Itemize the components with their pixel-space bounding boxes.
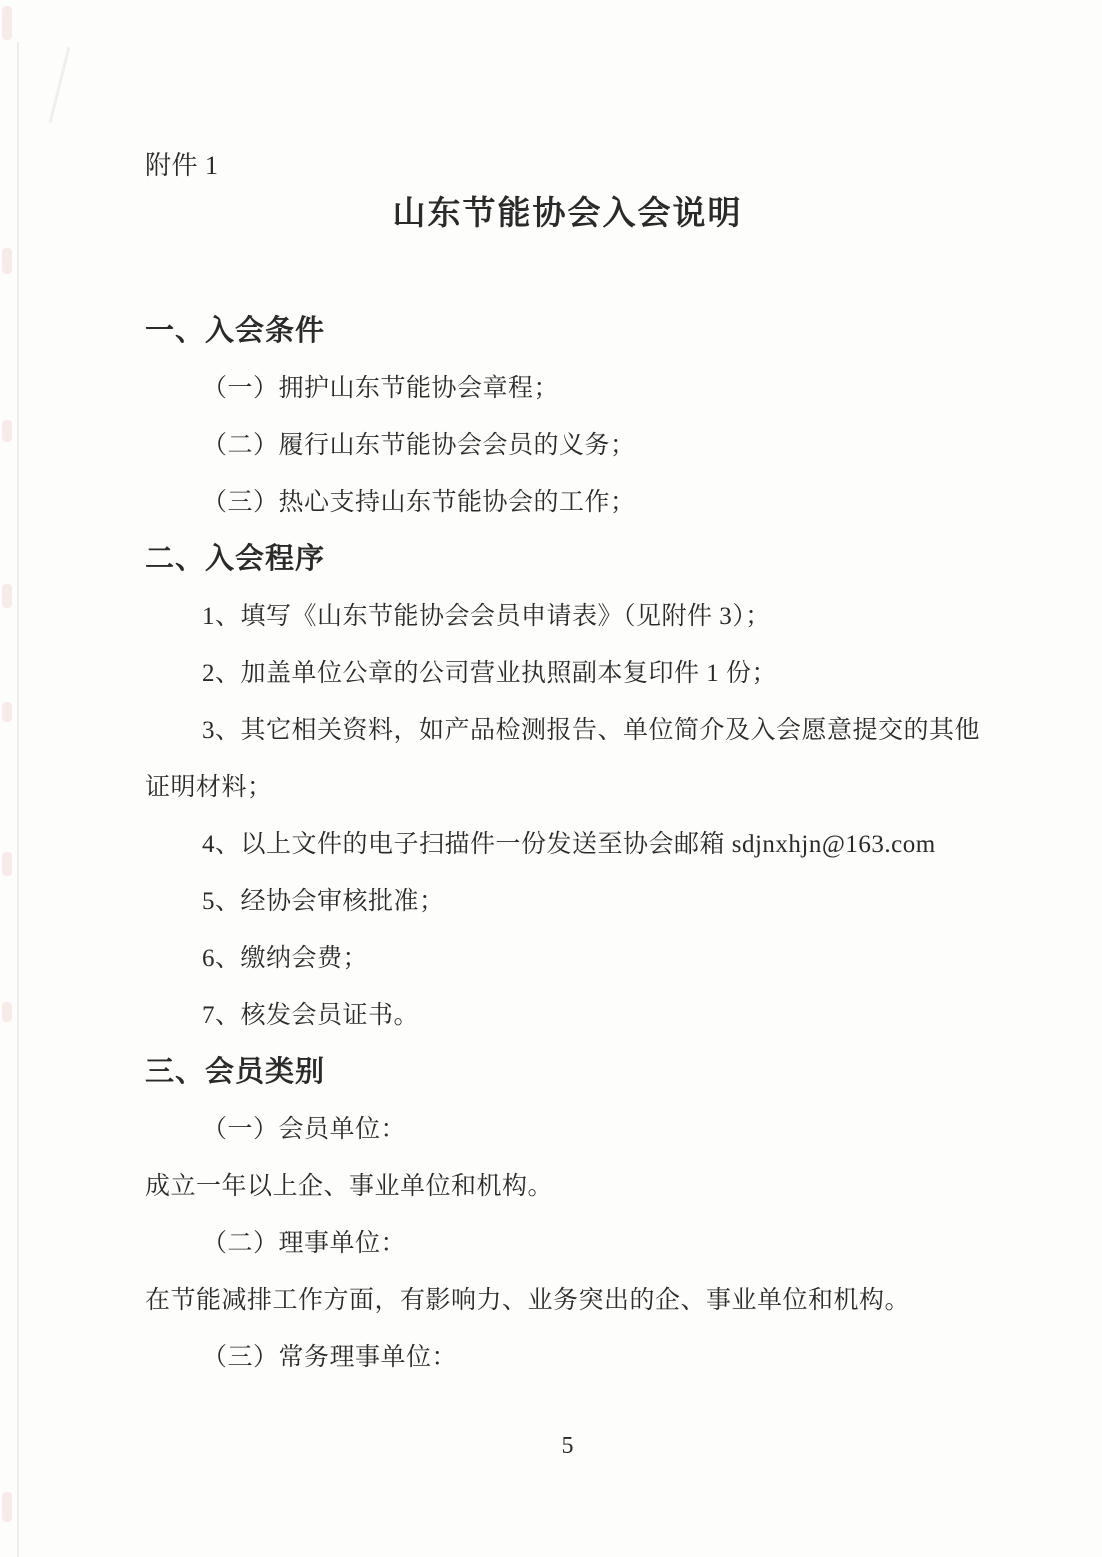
list-item: （一）拥护山东节能协会章程； xyxy=(145,360,990,417)
scan-artifact xyxy=(2,584,12,608)
paragraph-continuation: 在节能减排工作方面，有影响力、业务突出的企、事业单位和机构。 xyxy=(145,1272,990,1329)
list-item: 7、核发会员证书。 xyxy=(145,987,990,1044)
list-item: 4、以上文件的电子扫描件一份发送至协会邮箱 sdjnxhjn@163.com xyxy=(145,816,990,873)
list-item: 6、缴纳会费； xyxy=(145,930,990,987)
paragraph-continuation: 成立一年以上企、事业单位和机构。 xyxy=(145,1158,990,1215)
page-title: 山东节能协会入会说明 xyxy=(145,186,990,243)
paragraph-continuation: 证明材料； xyxy=(145,759,990,816)
section-3-heading: 三、会员类别 xyxy=(145,1044,990,1101)
list-item: 2、加盖单位公章的公司营业执照副本复印件 1 份； xyxy=(145,645,990,702)
document-content: 附件 1 山东节能协会入会说明 一、入会条件 （一）拥护山东节能协会章程； （二… xyxy=(0,0,1102,1475)
scan-artifact xyxy=(2,6,12,40)
list-item: 3、其它相关资料，如产品检测报告、单位简介及入会愿意提交的其他 xyxy=(145,702,990,759)
list-item: （二）履行山东节能协会会员的义务； xyxy=(145,417,990,474)
scan-artifact xyxy=(2,852,12,876)
scan-artifact xyxy=(2,1002,12,1022)
list-item: 1、填写《山东节能协会会员申请表》（见附件 3）； xyxy=(145,588,990,645)
list-item: 5、经协会审核批准； xyxy=(145,873,990,930)
list-item: （二）理事单位： xyxy=(145,1215,990,1272)
section-1-heading: 一、入会条件 xyxy=(145,303,990,360)
document-page: 附件 1 山东节能协会入会说明 一、入会条件 （一）拥护山东节能协会章程； （二… xyxy=(0,0,1102,1557)
list-item: （一）会员单位： xyxy=(145,1101,990,1158)
scan-artifact xyxy=(2,248,12,274)
scan-artifact xyxy=(2,702,12,722)
scan-artifact xyxy=(2,420,12,442)
scan-edge-line xyxy=(17,42,19,1557)
page-number: 5 xyxy=(145,1418,990,1475)
scan-artifact xyxy=(2,1492,12,1522)
section-2-heading: 二、入会程序 xyxy=(145,531,990,588)
list-item: （三）常务理事单位： xyxy=(145,1329,990,1386)
list-item: （三）热心支持山东节能协会的工作； xyxy=(145,474,990,531)
